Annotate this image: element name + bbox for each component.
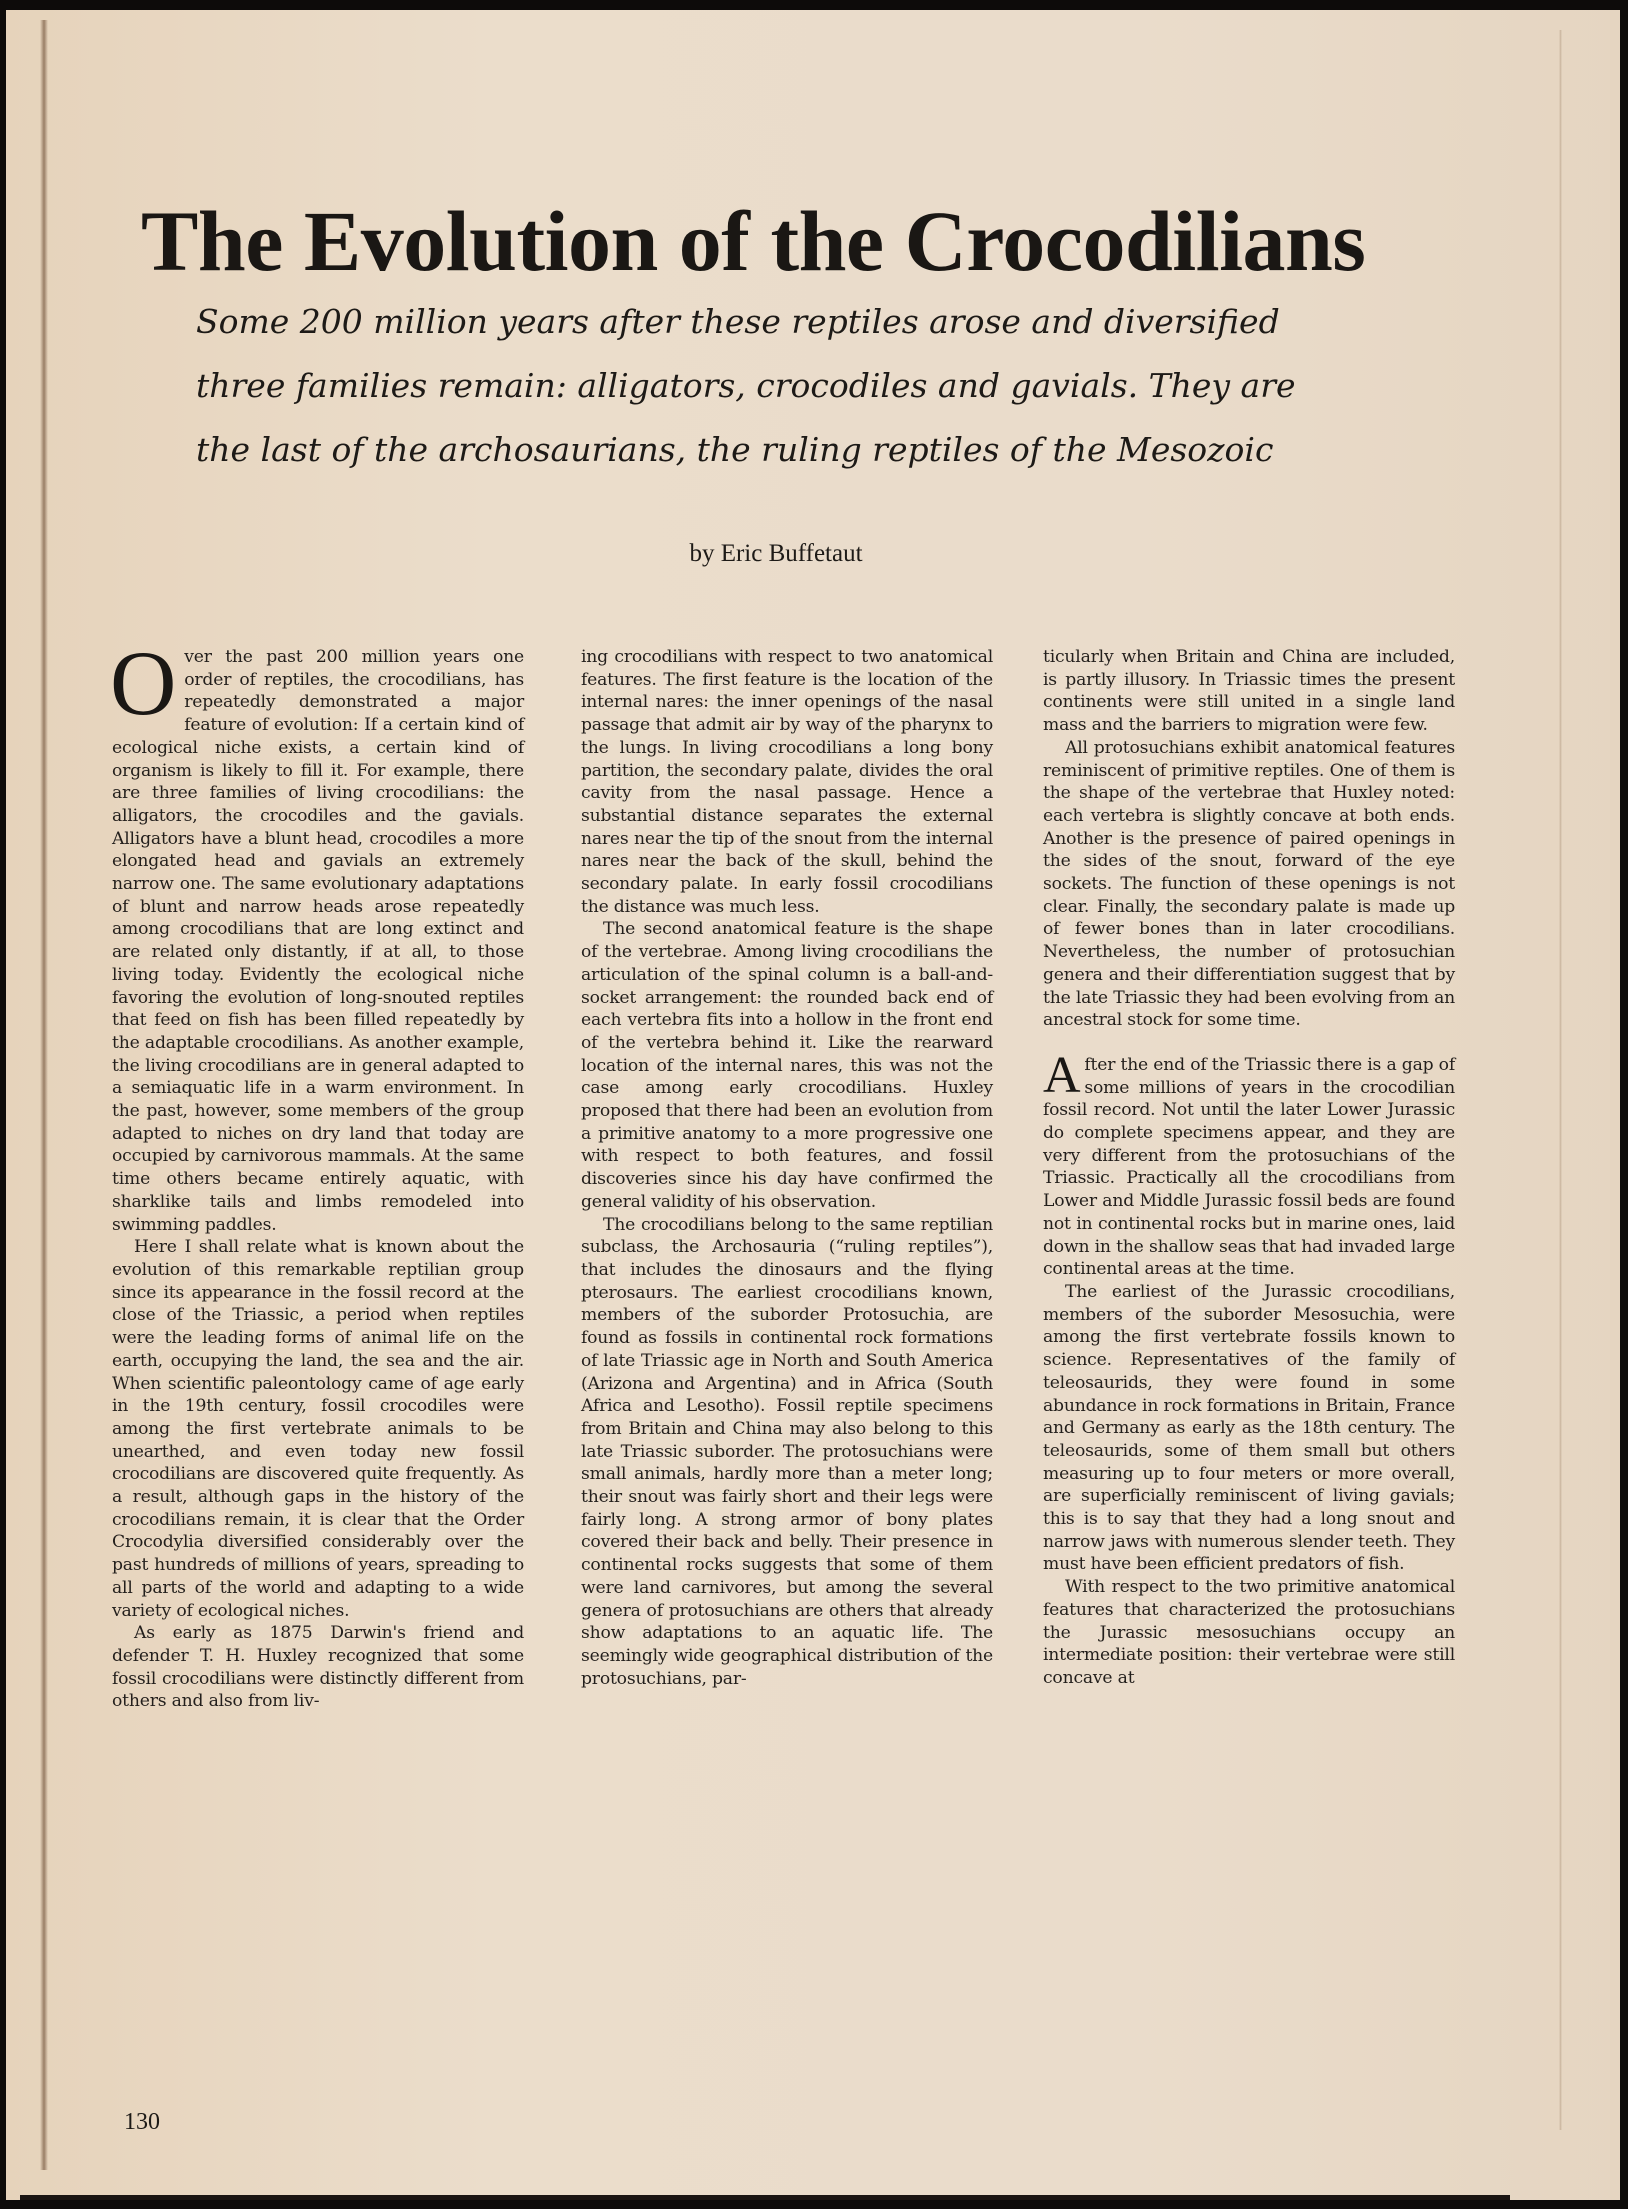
- page-number: 130: [124, 2109, 160, 2136]
- paragraph: All protosuchians exhibit anatomical fea…: [1043, 737, 1455, 1032]
- drop-cap: O: [110, 648, 176, 718]
- spine-stain: [40, 20, 48, 2170]
- paragraph: The second anatomical feature is the sha…: [581, 918, 993, 1213]
- article-deck: Some 200 million years after these repti…: [196, 290, 1396, 482]
- paragraph-text: ver the past 200 million years one order…: [112, 647, 524, 1235]
- paragraph: The crocodilians belong to the same rept…: [581, 1214, 993, 1691]
- article-title: The Evolution of the Crocodilians: [141, 198, 1451, 284]
- section-break: [1043, 1032, 1455, 1054]
- paragraph: The earliest of the Jurassic crocodilian…: [1043, 1281, 1455, 1576]
- magazine-page: The Evolution of the Crocodilians Some 2…: [6, 10, 1620, 2200]
- paragraph-continuation: ing crocodilians with respect to two ana…: [581, 646, 993, 918]
- paragraph: With respect to the two primitive anatom…: [1043, 1576, 1455, 1690]
- page-crease: [1559, 30, 1562, 2130]
- paragraph: As early as 1875 Darwin's friend and def…: [112, 1622, 524, 1713]
- paragraph: Over the past 200 million years one orde…: [112, 646, 524, 1236]
- deck-line: three families remain: alligators, croco…: [196, 354, 1396, 418]
- paragraph: Here I shall relate what is known about …: [112, 1236, 524, 1622]
- deck-line: the last of the archosaurians, the rulin…: [196, 418, 1396, 482]
- drop-cap: A: [1043, 1056, 1080, 1096]
- deck-line: Some 200 million years after these repti…: [196, 290, 1396, 354]
- text-column-3: ticularly when Britain and China are inc…: [1043, 646, 1455, 1690]
- paragraph-text: fter the end of the Triassic there is a …: [1043, 1055, 1455, 1279]
- paragraph-continuation: ticularly when Britain and China are inc…: [1043, 646, 1455, 737]
- paragraph: After the end of the Triassic there is a…: [1043, 1054, 1455, 1281]
- byline: by Eric Buffetaut: [6, 540, 1546, 568]
- text-column-2: ing crocodilians with respect to two ana…: [581, 646, 993, 1690]
- text-column-1: Over the past 200 million years one orde…: [112, 646, 524, 1713]
- page-edge-rule: [20, 2195, 1510, 2200]
